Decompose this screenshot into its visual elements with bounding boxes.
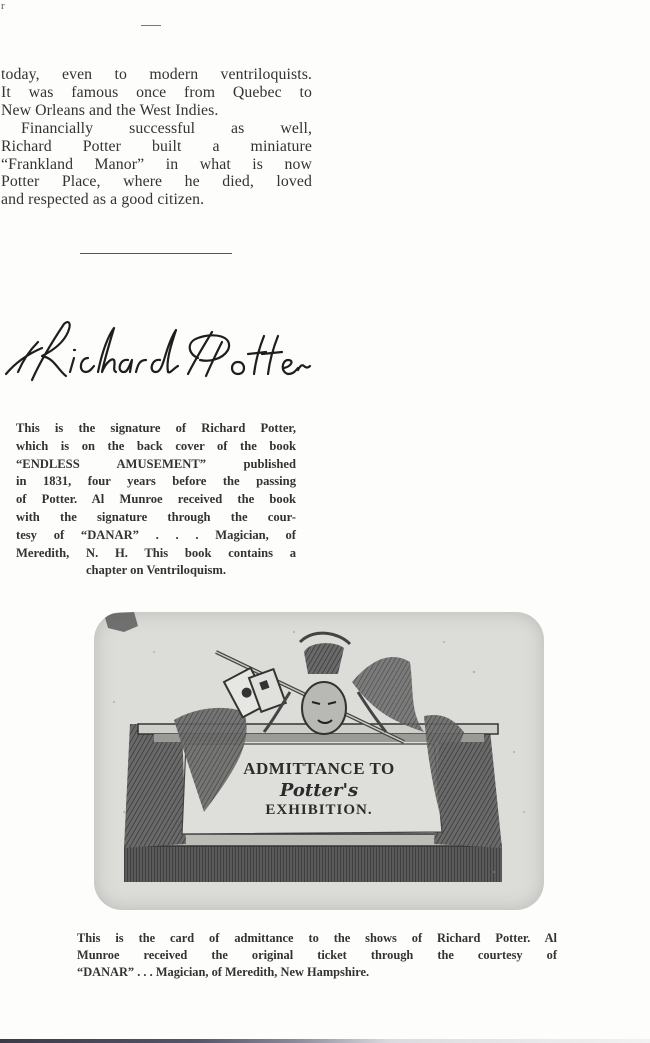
- paragraph-financially: Financially successful as well, Richard …: [1, 120, 312, 210]
- scan-edge-shadow: [0, 1039, 650, 1043]
- caption-line: This is the signature of Richard Potter,: [16, 420, 296, 438]
- caption-line: Meredith, N. H. This book contains a: [16, 545, 296, 563]
- card-line-exhibition: EXHIBITION.: [94, 802, 544, 819]
- text-line: It was famous once from Quebec to: [1, 84, 312, 102]
- caption-line: of Potter. Al Munroe received the book: [16, 491, 296, 509]
- text-line: today, even to modern ventriloquists.: [1, 66, 312, 84]
- admittance-card-image: ADMITTANCE TO Potter's EXHIBITION.: [94, 612, 544, 910]
- text-line: Financially successful as well,: [1, 120, 312, 138]
- caption-line: This is the card of admittance to the sh…: [77, 930, 557, 947]
- paragraph-continuation: today, even to modern ventriloquists. It…: [1, 66, 312, 120]
- card-line-admittance: ADMITTANCE TO: [94, 759, 544, 779]
- card-line-potters: Potter's: [94, 780, 544, 801]
- caption-line: with the signature through the cour-: [16, 509, 296, 527]
- corner-mark: r: [1, 0, 5, 12]
- text-line: “Frankland Manor” in what is now: [1, 156, 312, 174]
- caption-line: tesy of “DANAR” . . . Magician, of: [16, 527, 296, 545]
- top-dash-divider: [141, 25, 161, 26]
- text-line: and respected as a good citizen.: [1, 191, 312, 209]
- card-caption: This is the card of admittance to the sh…: [77, 930, 557, 981]
- caption-line: Munroe received the original ticket thro…: [77, 947, 557, 964]
- caption-line: which is on the back cover of the book: [16, 438, 296, 456]
- text-line: New Orleans and the West Indies.: [1, 102, 312, 120]
- body-text-column: today, even to modern ventriloquists. It…: [1, 66, 312, 209]
- caption-line: “DANAR” . . . Magician, of Meredith, New…: [77, 964, 557, 981]
- signature-image: [2, 318, 312, 388]
- caption-line: “ENDLESS AMUSEMENT” published: [16, 456, 296, 474]
- caption-line: chapter on Ventriloquism.: [16, 562, 296, 580]
- text-line: Richard Potter built a miniature: [1, 138, 312, 156]
- text-line: Potter Place, where he died, loved: [1, 173, 312, 191]
- section-divider: [80, 253, 232, 254]
- signature-glyph: [2, 318, 312, 388]
- caption-line: in 1831, four years before the passing: [16, 473, 296, 491]
- signature-caption: This is the signature of Richard Potter,…: [16, 420, 296, 580]
